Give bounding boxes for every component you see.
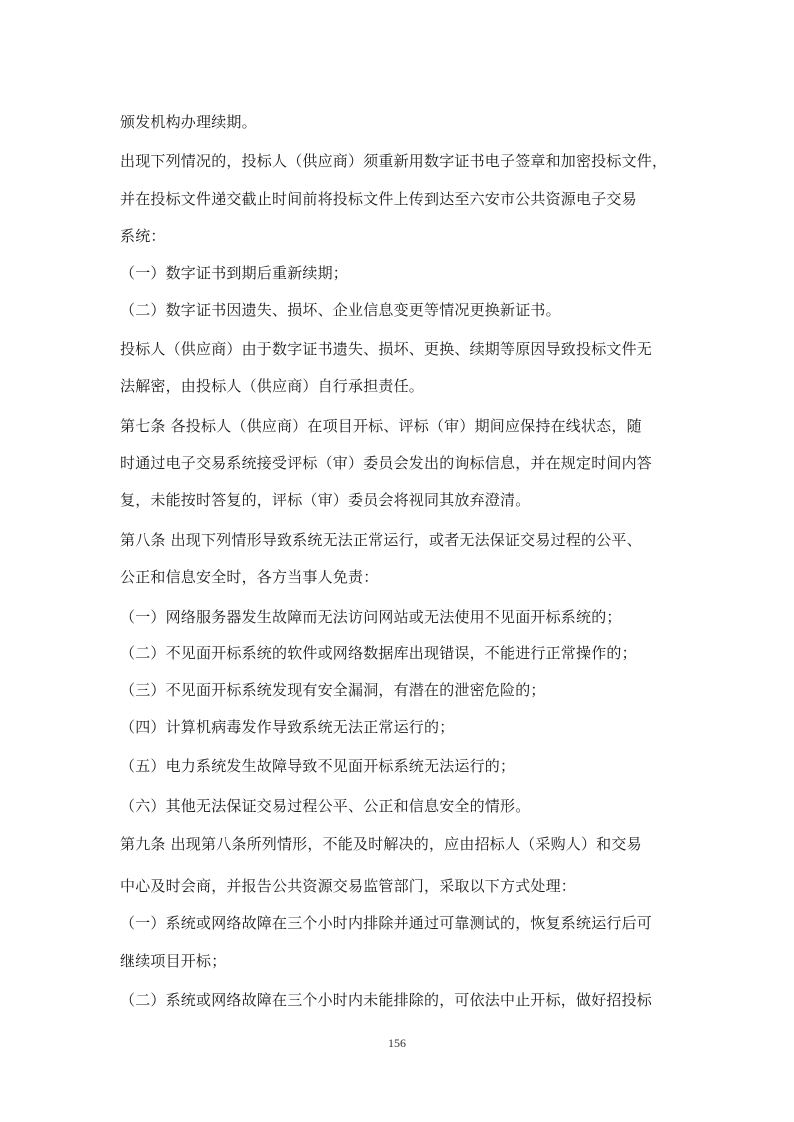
text-line: 公正和信息安全时，各方当事人免责：: [120, 567, 378, 587]
list-item: （二）系统或网络故障在三个小时内未能排除的，可依法中止开标，做好招投标: [120, 990, 652, 1010]
list-item: （一）数字证书到期后重新续期；: [120, 263, 348, 283]
list-item: （五）电力系统发生故障导致不见面开标系统无法运行的；: [120, 756, 515, 776]
list-item: （一）网络服务器发生故障而无法访问网站或无法使用不见面开标系统的；: [120, 607, 622, 627]
text-line: 系统：: [120, 226, 166, 246]
text-line: 并在投标文件递交截止时间前将投标文件上传到达至六安市公共资源电子交易: [120, 189, 637, 209]
list-item: （二）数字证书因遗失、损坏、企业信息变更等情况更换新证书。: [120, 300, 561, 320]
text-line: 投标人（供应商）由于数字证书遗失、损坏、更换、续期等原因导致投标文件无: [120, 339, 652, 359]
list-item: （六）其他无法保证交易过程公平、公正和信息安全的情形。: [120, 796, 530, 816]
text-line: 颁发机构办理续期。: [120, 112, 257, 132]
text-line: 出现下列情况的，投标人（供应商）须重新用数字证书电子签章和加密投标文件，: [120, 151, 667, 171]
text-line: 时通过电子交易系统接受评标（审）委员会发出的询标信息，并在规定时间内答: [120, 453, 652, 473]
list-item: （一）系统或网络故障在三个小时内排除并通过可靠测试的，恢复系统运行后可: [120, 913, 652, 933]
page-number: 156: [0, 1036, 794, 1051]
text-line: 继续项目开标；: [120, 951, 226, 971]
text-line: 复，未能按时答复的，评标（审）委员会将视同其放弃澄清。: [120, 490, 530, 510]
list-item: （四）计算机病毒发作导致系统无法正常运行的；: [120, 717, 454, 737]
article-8: 第八条 出现下列情形导致系统无法正常运行，或者无法保证交易过程的公平、: [120, 530, 642, 550]
document-page: 颁发机构办理续期。 出现下列情况的，投标人（供应商）须重新用数字证书电子签章和加…: [0, 0, 794, 1122]
text-line: 法解密，由投标人（供应商）自行承担责任。: [120, 376, 424, 396]
list-item: （三）不见面开标系统发现有安全漏洞，有潜在的泄密危险的；: [120, 680, 546, 700]
article-9: 第九条 出现第八条所列情形，不能及时解决的，应由招标人（采购人）和交易: [120, 834, 642, 854]
list-item: （二）不见面开标系统的软件或网络数据库出现错误，不能进行正常操作的；: [120, 643, 637, 663]
text-line: 中心及时会商，并报告公共资源交易监管部门，采取以下方式处理：: [120, 876, 576, 896]
article-7: 第七条 各投标人（供应商）在项目开标、评标（审）期间应保持在线状态，随: [120, 416, 642, 436]
